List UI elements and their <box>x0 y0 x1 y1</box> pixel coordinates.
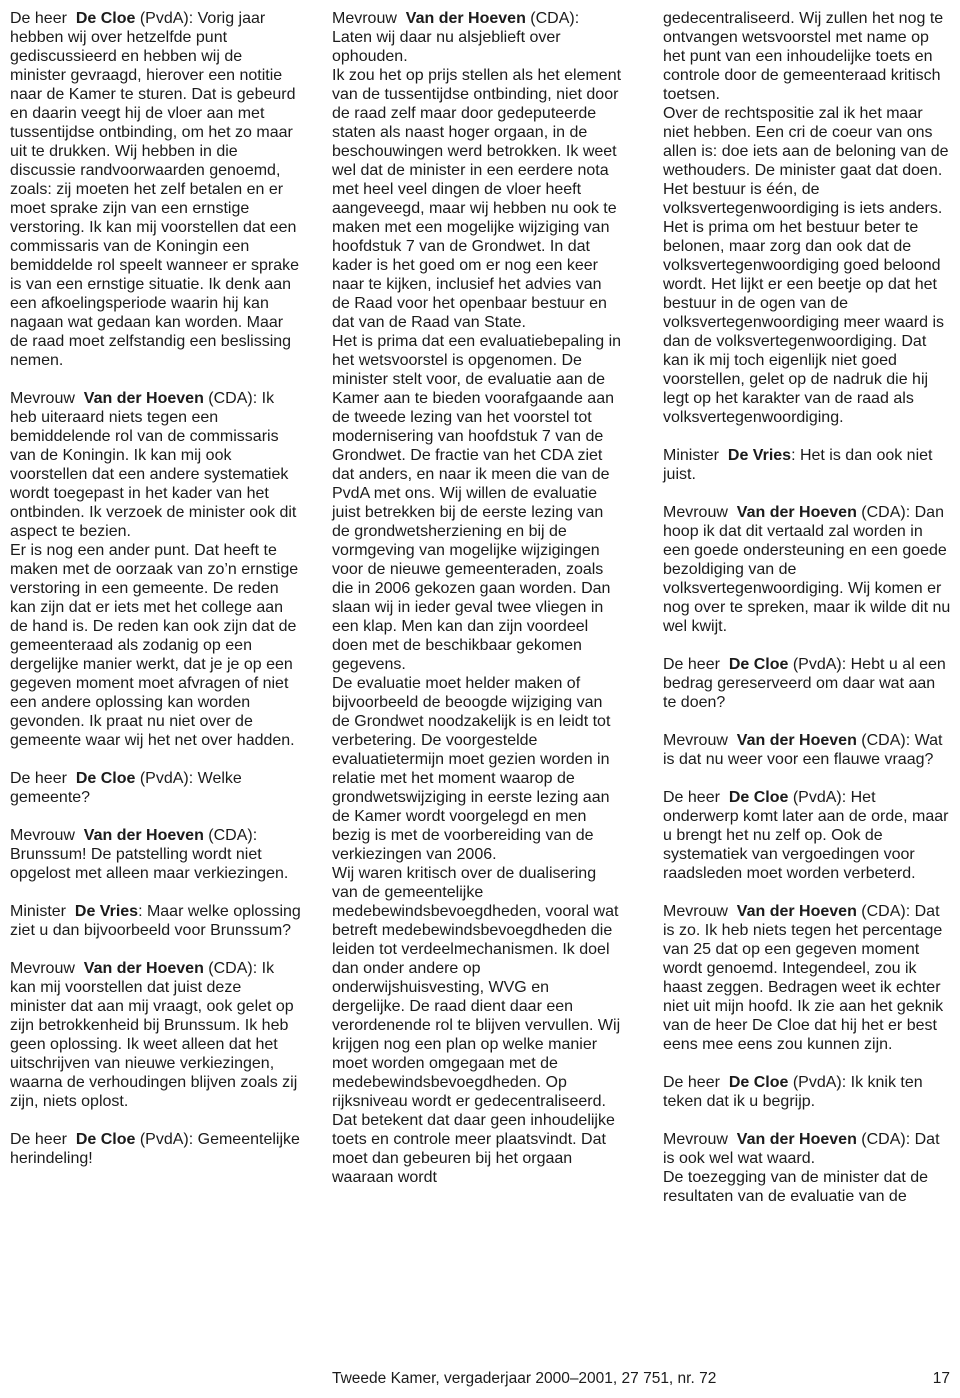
speech-text: Mevrouw <box>332 10 406 27</box>
speech-paragraph: De heer De Cloe (PvdA): Gemeentelijke he… <box>10 1130 301 1168</box>
speech-block: De heer De Cloe (PvdA): Hebt u al een be… <box>663 655 952 712</box>
footer-citation: Tweede Kamer, vergaderjaar 2000–2001, 27… <box>332 1369 716 1388</box>
speech-text: De heer <box>663 789 729 806</box>
speech-text: De heer <box>663 1074 729 1091</box>
speech-text: (CDA): Dat is zo. Ik heb niets tegen het… <box>663 903 943 1053</box>
speech-text: Mevrouw <box>663 903 737 920</box>
speaker-name: Van der Hoeven <box>737 1131 857 1148</box>
text-columns: De heer De Cloe (PvdA): Vorig jaar hebbe… <box>10 9 952 1206</box>
speech-paragraph: Mevrouw Van der Hoeven (CDA): Ik kan mij… <box>10 959 301 1111</box>
speech-paragraph: Mevrouw Van der Hoeven (CDA): Wat is dat… <box>663 731 952 769</box>
page-number: 17 <box>933 1369 950 1388</box>
text-column-2: Mevrouw Van der Hoeven (CDA): Laten wij … <box>332 9 623 1187</box>
speech-block: De heer De Cloe (PvdA): Gemeentelijke he… <box>10 1130 301 1168</box>
speech-paragraph: De heer De Cloe (PvdA): Vorig jaar hebbe… <box>10 9 301 370</box>
speech-paragraph: Mevrouw Van der Hoeven (CDA): Dat is ook… <box>663 1130 952 1168</box>
speech-text: Er is nog een ander punt. Dat heeft te m… <box>10 542 298 749</box>
speech-text: gedecentraliseerd. Wij zullen het nog te… <box>663 10 943 103</box>
speech-text: Mevrouw <box>10 827 84 844</box>
speech-text: Ik zou het op prijs stellen als het elem… <box>332 67 621 331</box>
speech-paragraph: Mevrouw Van der Hoeven (CDA): Dan hoop i… <box>663 503 952 636</box>
speech-block: Mevrouw Van der Hoeven (CDA): Ik kan mij… <box>10 959 301 1111</box>
speech-text: Mevrouw <box>663 504 737 521</box>
speech-paragraph: Mevrouw Van der Hoeven (CDA): Brunssum! … <box>10 826 301 883</box>
text-column-1: De heer De Cloe (PvdA): Vorig jaar hebbe… <box>10 9 301 1168</box>
speech-text: (PvdA): Vorig jaar hebben wij over hetze… <box>10 10 299 369</box>
speech-paragraph: Er is nog een ander punt. Dat heeft te m… <box>10 541 301 750</box>
speaker-name: De Vries <box>75 903 138 920</box>
speech-text: De heer <box>663 656 729 673</box>
speech-block: Mevrouw Van der Hoeven (CDA): Dan hoop i… <box>663 503 952 636</box>
speech-paragraph: Mevrouw Van der Hoeven (CDA): Ik heb uit… <box>10 389 301 541</box>
text-column-3: gedecentraliseerd. Wij zullen het nog te… <box>663 9 952 1206</box>
speech-text: Minister <box>10 903 75 920</box>
speaker-name: Van der Hoeven <box>737 732 857 749</box>
speaker-name: Van der Hoeven <box>737 903 857 920</box>
speech-block: De heer De Cloe (PvdA): Het onderwerp ko… <box>663 788 952 883</box>
speech-block: Minister De Vries: Het is dan ook niet j… <box>663 446 952 484</box>
speaker-name: Van der Hoeven <box>84 960 204 977</box>
speech-block: Mevrouw Van der Hoeven (CDA): Laten wij … <box>332 9 623 1187</box>
speaker-name: Van der Hoeven <box>84 390 204 407</box>
speech-text: De heer <box>10 10 76 27</box>
speech-text: (CDA): Dan hoop ik dat dit vertaald zal … <box>663 504 950 635</box>
speech-text: De heer <box>10 1131 76 1148</box>
speaker-name: Van der Hoeven <box>84 827 204 844</box>
speech-paragraph: Over de rechtspositie zal ik het maar ni… <box>663 104 952 427</box>
speech-text: De evaluatie moet helder maken of bijvoo… <box>332 675 610 863</box>
speaker-name: De Cloe <box>729 789 789 806</box>
speaker-name: De Cloe <box>76 10 136 27</box>
speech-block: Minister De Vries: Maar welke oplossing … <box>10 902 301 940</box>
speech-text: Wij waren kritisch over de dualisering v… <box>332 865 620 1186</box>
speech-text: Mevrouw <box>10 960 84 977</box>
speech-block: Mevrouw Van der Hoeven (CDA): Wat is dat… <box>663 731 952 769</box>
speech-text: Het is prima dat een evaluatiebepaling i… <box>332 333 621 673</box>
speech-paragraph: Mevrouw Van der Hoeven (CDA): Dat is zo.… <box>663 902 952 1054</box>
speaker-name: De Vries <box>728 447 791 464</box>
speech-text: Mevrouw <box>663 732 737 749</box>
speech-paragraph: De evaluatie moet helder maken of bijvoo… <box>332 674 623 864</box>
speech-block: Mevrouw Van der Hoeven (CDA): Dat is zo.… <box>663 902 952 1054</box>
page-footer: Tweede Kamer, vergaderjaar 2000–2001, 27… <box>0 1369 960 1389</box>
speech-paragraph: De heer De Cloe (PvdA): Het onderwerp ko… <box>663 788 952 883</box>
speech-text: (CDA): Ik heb uiteraard niets tegen een … <box>10 390 296 540</box>
speech-paragraph: Mevrouw Van der Hoeven (CDA): Laten wij … <box>332 9 623 66</box>
speech-text: De toezegging van de minister dat de res… <box>663 1169 928 1205</box>
speech-paragraph: gedecentraliseerd. Wij zullen het nog te… <box>663 9 952 104</box>
speaker-name: De Cloe <box>76 1131 136 1148</box>
speech-block: De heer De Cloe (PvdA): Vorig jaar hebbe… <box>10 9 301 370</box>
speech-block: Mevrouw Van der Hoeven (CDA): Ik heb uit… <box>10 389 301 750</box>
speech-paragraph: De heer De Cloe (PvdA): Ik knik ten teke… <box>663 1073 952 1111</box>
speech-paragraph: Minister De Vries: Het is dan ook niet j… <box>663 446 952 484</box>
speech-paragraph: Ik zou het op prijs stellen als het elem… <box>332 66 623 332</box>
speech-block: Mevrouw Van der Hoeven (CDA): Brunssum! … <box>10 826 301 883</box>
speaker-name: Van der Hoeven <box>406 10 526 27</box>
speech-paragraph: De heer De Cloe (PvdA): Welke gemeente? <box>10 769 301 807</box>
speech-paragraph: De toezegging van de minister dat de res… <box>663 1168 952 1206</box>
speech-text: Minister <box>663 447 728 464</box>
speech-paragraph: Minister De Vries: Maar welke oplossing … <box>10 902 301 940</box>
speaker-name: De Cloe <box>729 656 789 673</box>
speech-block: De heer De Cloe (PvdA): Welke gemeente? <box>10 769 301 807</box>
speech-text: Over de rechtspositie zal ik het maar ni… <box>663 105 949 426</box>
speech-block: gedecentraliseerd. Wij zullen het nog te… <box>663 9 952 427</box>
speech-paragraph: De heer De Cloe (PvdA): Hebt u al een be… <box>663 655 952 712</box>
document-page: De heer De Cloe (PvdA): Vorig jaar hebbe… <box>0 0 960 1398</box>
speech-block: De heer De Cloe (PvdA): Ik knik ten teke… <box>663 1073 952 1111</box>
speech-text: De heer <box>10 770 76 787</box>
speech-paragraph: Wij waren kritisch over de dualisering v… <box>332 864 623 1187</box>
speaker-name: De Cloe <box>729 1074 789 1091</box>
speech-text: (CDA): Ik kan mij voorstellen dat juist … <box>10 960 297 1110</box>
speech-text: Mevrouw <box>663 1131 737 1148</box>
speaker-name: Van der Hoeven <box>737 504 857 521</box>
speech-paragraph: Het is prima dat een evaluatiebepaling i… <box>332 332 623 674</box>
speech-text: Mevrouw <box>10 390 84 407</box>
speech-block: Mevrouw Van der Hoeven (CDA): Dat is ook… <box>663 1130 952 1206</box>
speaker-name: De Cloe <box>76 770 136 787</box>
